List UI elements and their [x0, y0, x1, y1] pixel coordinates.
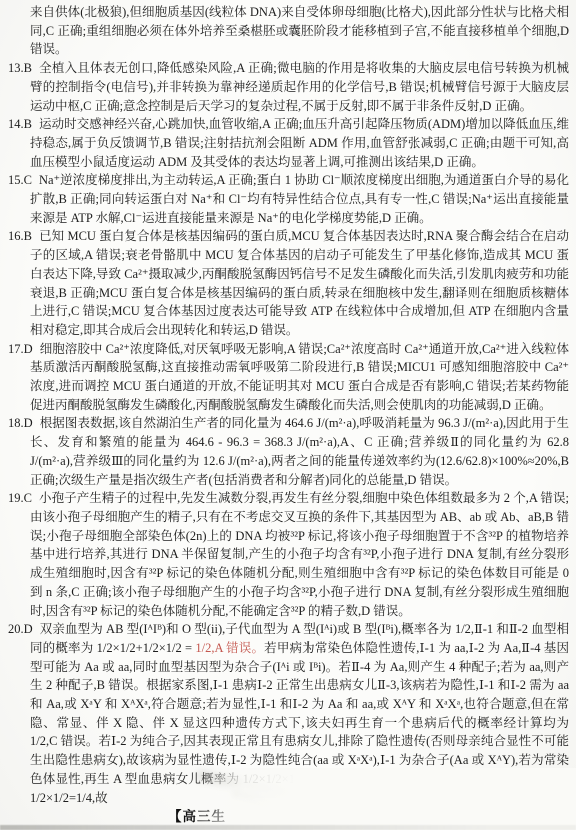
page-bottom-edge-shadow	[0, 825, 576, 830]
answer-item-20: 20.D双亲血型为 AB 型(IᴬIᴮ)和 O 型(ii),子代血型为 A 型(…	[8, 620, 569, 807]
answer-text: 全植入且体表无创口,降低感染风险,A 正确;微电脑的作用是将收集的大脑皮层电信号…	[30, 61, 569, 112]
question-number: 17.D	[8, 342, 33, 356]
question-number: 18.D	[8, 416, 33, 430]
answer-text: Na⁺逆浓度梯度排出,为主动转运,A 正确;蛋白 1 协助 Cl⁻顺浓度梯度出细…	[30, 173, 569, 224]
page-footer-label: 【高三生	[168, 805, 226, 825]
question-number: 13.B	[8, 61, 32, 75]
answer-text: 来自供体(北极狼),但细胞质基因(线粒体 DNA)来自受体卵母细胞(比格犬),因…	[30, 5, 569, 56]
answer-text: 若甲病为常染色体隐性遗传,Ⅰ-1 为 aa,Ⅰ-2 为 Aa,Ⅱ-4 基因型可能…	[30, 641, 569, 805]
answer-text: 根据图表数据,该自然湖泊生产者的同化量为 464.6 J/(m²·a),呼吸消耗…	[30, 416, 569, 486]
question-number: 20.D	[8, 622, 33, 636]
answer-text-block: 来自供体(北极狼),但细胞质基因(线粒体 DNA)来自受体卵母细胞(比格犬),因…	[8, 3, 569, 807]
answer-item-18: 18.D根据图表数据,该自然湖泊生产者的同化量为 464.6 J/(m²·a),…	[8, 414, 569, 489]
question-number: 14.B	[8, 117, 32, 131]
answer-text: 运动时交感神经兴奋,心跳加快,血管收缩,A 正确;血压升高引起降压物质(ADM)…	[30, 117, 569, 168]
answer-item-17: 17.D细胞溶胶中 Ca²⁺浓度降低,对厌氧呼吸无影响,A 错误;Ca²⁺浓度高…	[8, 340, 569, 415]
answer-item-19: 19.C小孢子产生精子的过程中,先发生减数分裂,再发生有丝分裂,细胞中染色体组数…	[8, 489, 569, 620]
scanned-answer-page: 来自供体(北极狼),但细胞质基因(线粒体 DNA)来自受体卵母细胞(比格犬),因…	[0, 0, 576, 830]
answer-text: 已知 MCU 蛋白复合体是核基因编码的蛋白质,MCU 复合体基因表达时,RNA …	[30, 229, 569, 337]
question-number: 15.C	[8, 173, 32, 187]
question-number: 16.B	[8, 229, 32, 243]
question-number: 19.C	[8, 491, 32, 505]
pen-mark-artifact	[307, 641, 309, 653]
answer-item-15: 15.CNa⁺逆浓度梯度排出,为主动转运,A 正确;蛋白 1 协助 Cl⁻顺浓度…	[8, 171, 569, 227]
answer-item-14: 14.B运动时交感神经兴奋,心跳加快,血管收缩,A 正确;血压升高引起降压物质(…	[8, 115, 569, 171]
answer-text: 细胞溶胶中 Ca²⁺浓度降低,对厌氧呼吸无影响,A 错误;Ca²⁺浓度高时 Ca…	[30, 342, 569, 412]
answer-text: 小孢子产生精子的过程中,先发生减数分裂,再发生有丝分裂,细胞中染色体组数最多为 …	[30, 491, 569, 617]
answer-item-12-continuation: 来自供体(北极狼),但细胞质基因(线粒体 DNA)来自受体卵母细胞(比格犬),因…	[8, 3, 569, 59]
answer-item-16: 16.B已知 MCU 蛋白复合体是核基因编码的蛋白质,MCU 复合体基因表达时,…	[8, 227, 569, 339]
red-marked-text: 1/2,A 错误。	[195, 641, 264, 655]
answer-item-13: 13.B全植入且体表无创口,降低感染风险,A 正确;微电脑的作用是将收集的大脑皮…	[8, 59, 569, 115]
